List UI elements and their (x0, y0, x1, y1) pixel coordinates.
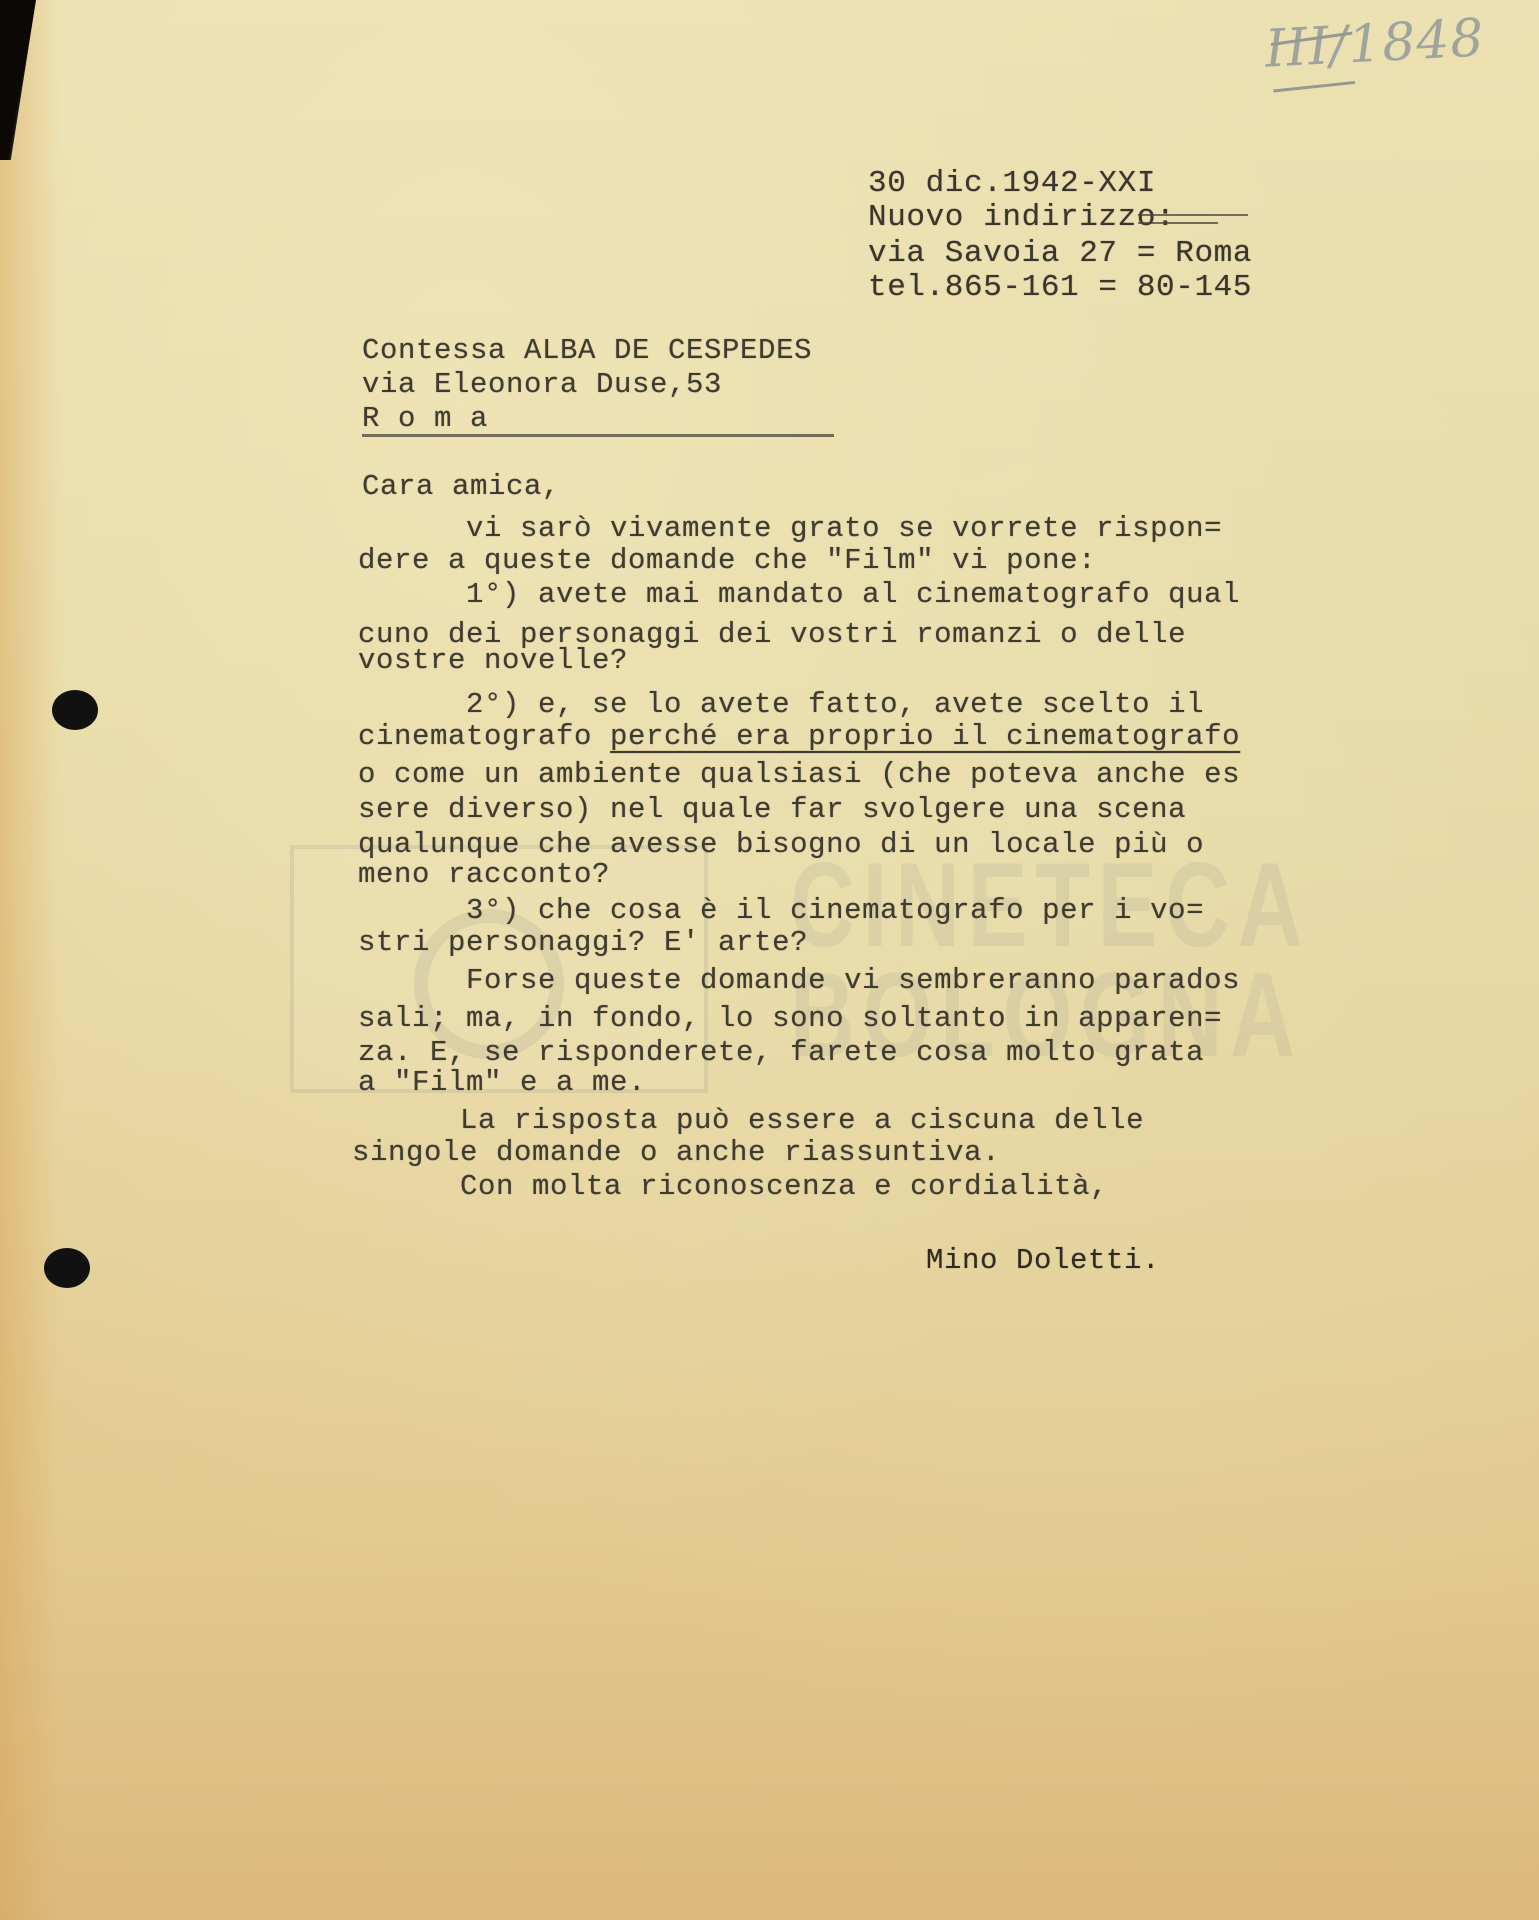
archive-mark-text: III/1848 (1264, 8, 1486, 79)
recipient-underline (362, 434, 834, 437)
body-line: stri personaggi? E' arte? (358, 928, 808, 957)
body-line: La risposta può essere a ciscuna delle (352, 1106, 1144, 1135)
body-line-start: cinematografo (358, 720, 610, 753)
body-line: o come un ambiente qualsiasi (che poteva… (358, 760, 1240, 789)
underlined-phrase: perché era proprio il cinematografo (610, 720, 1240, 753)
body-line: sere diverso) nel quale far svolgere una… (358, 795, 1186, 824)
body-line: Con molta riconoscenza e cordialità, (352, 1172, 1108, 1201)
paper-background (0, 0, 1539, 1920)
archive-reference-mark: III/1848 (1264, 8, 1486, 79)
body-line: singole domande o anche riassuntiva. (352, 1138, 1000, 1167)
body-line: za. E, se risponderete, farete cosa molt… (358, 1038, 1204, 1067)
strike-rule (1138, 214, 1248, 216)
body-line: qualunque che avesse bisogno di un local… (358, 830, 1204, 859)
body-line: cinematografo perché era proprio il cine… (358, 722, 1240, 751)
recipient-city: R o m a (362, 404, 488, 433)
strike-rule (1138, 222, 1218, 224)
salutation: Cara amica, (362, 472, 560, 501)
punch-hole-bottom (44, 1248, 90, 1288)
body-line: 1°) avete mai mandato al cinematografo q… (358, 580, 1240, 609)
body-line: 3°) che cosa è il cinematografo per i vo… (358, 896, 1204, 925)
body-line: sali; ma, in fondo, lo sono soltanto in … (358, 1004, 1222, 1033)
body-line: vi sarò vivamente grato se vorrete rispo… (358, 514, 1222, 543)
recipient-name: Contessa ALBA DE CESPEDES (362, 336, 812, 365)
body-line: vostre novelle? (358, 646, 628, 675)
new-address-label: Nuovo indirizzo: (868, 202, 1175, 233)
body-line: 2°) e, se lo avete fatto, avete scelto i… (358, 690, 1204, 719)
body-line: dere a queste domande che "Film" vi pone… (358, 546, 1096, 575)
signature: Mino Doletti. (926, 1246, 1160, 1275)
punch-hole-top (52, 690, 98, 730)
recipient-street: via Eleonora Duse,53 (362, 370, 722, 399)
body-line: meno racconto? (358, 860, 610, 889)
sender-address: via Savoia 27 = Roma (868, 238, 1252, 269)
sender-phone: tel.865-161 = 80-145 (868, 272, 1252, 303)
body-line: a "Film" e a me. (358, 1068, 646, 1097)
body-line: Forse queste domande vi sembreranno para… (358, 966, 1240, 995)
letter-date: 30 dic.1942-XXI (868, 168, 1156, 199)
